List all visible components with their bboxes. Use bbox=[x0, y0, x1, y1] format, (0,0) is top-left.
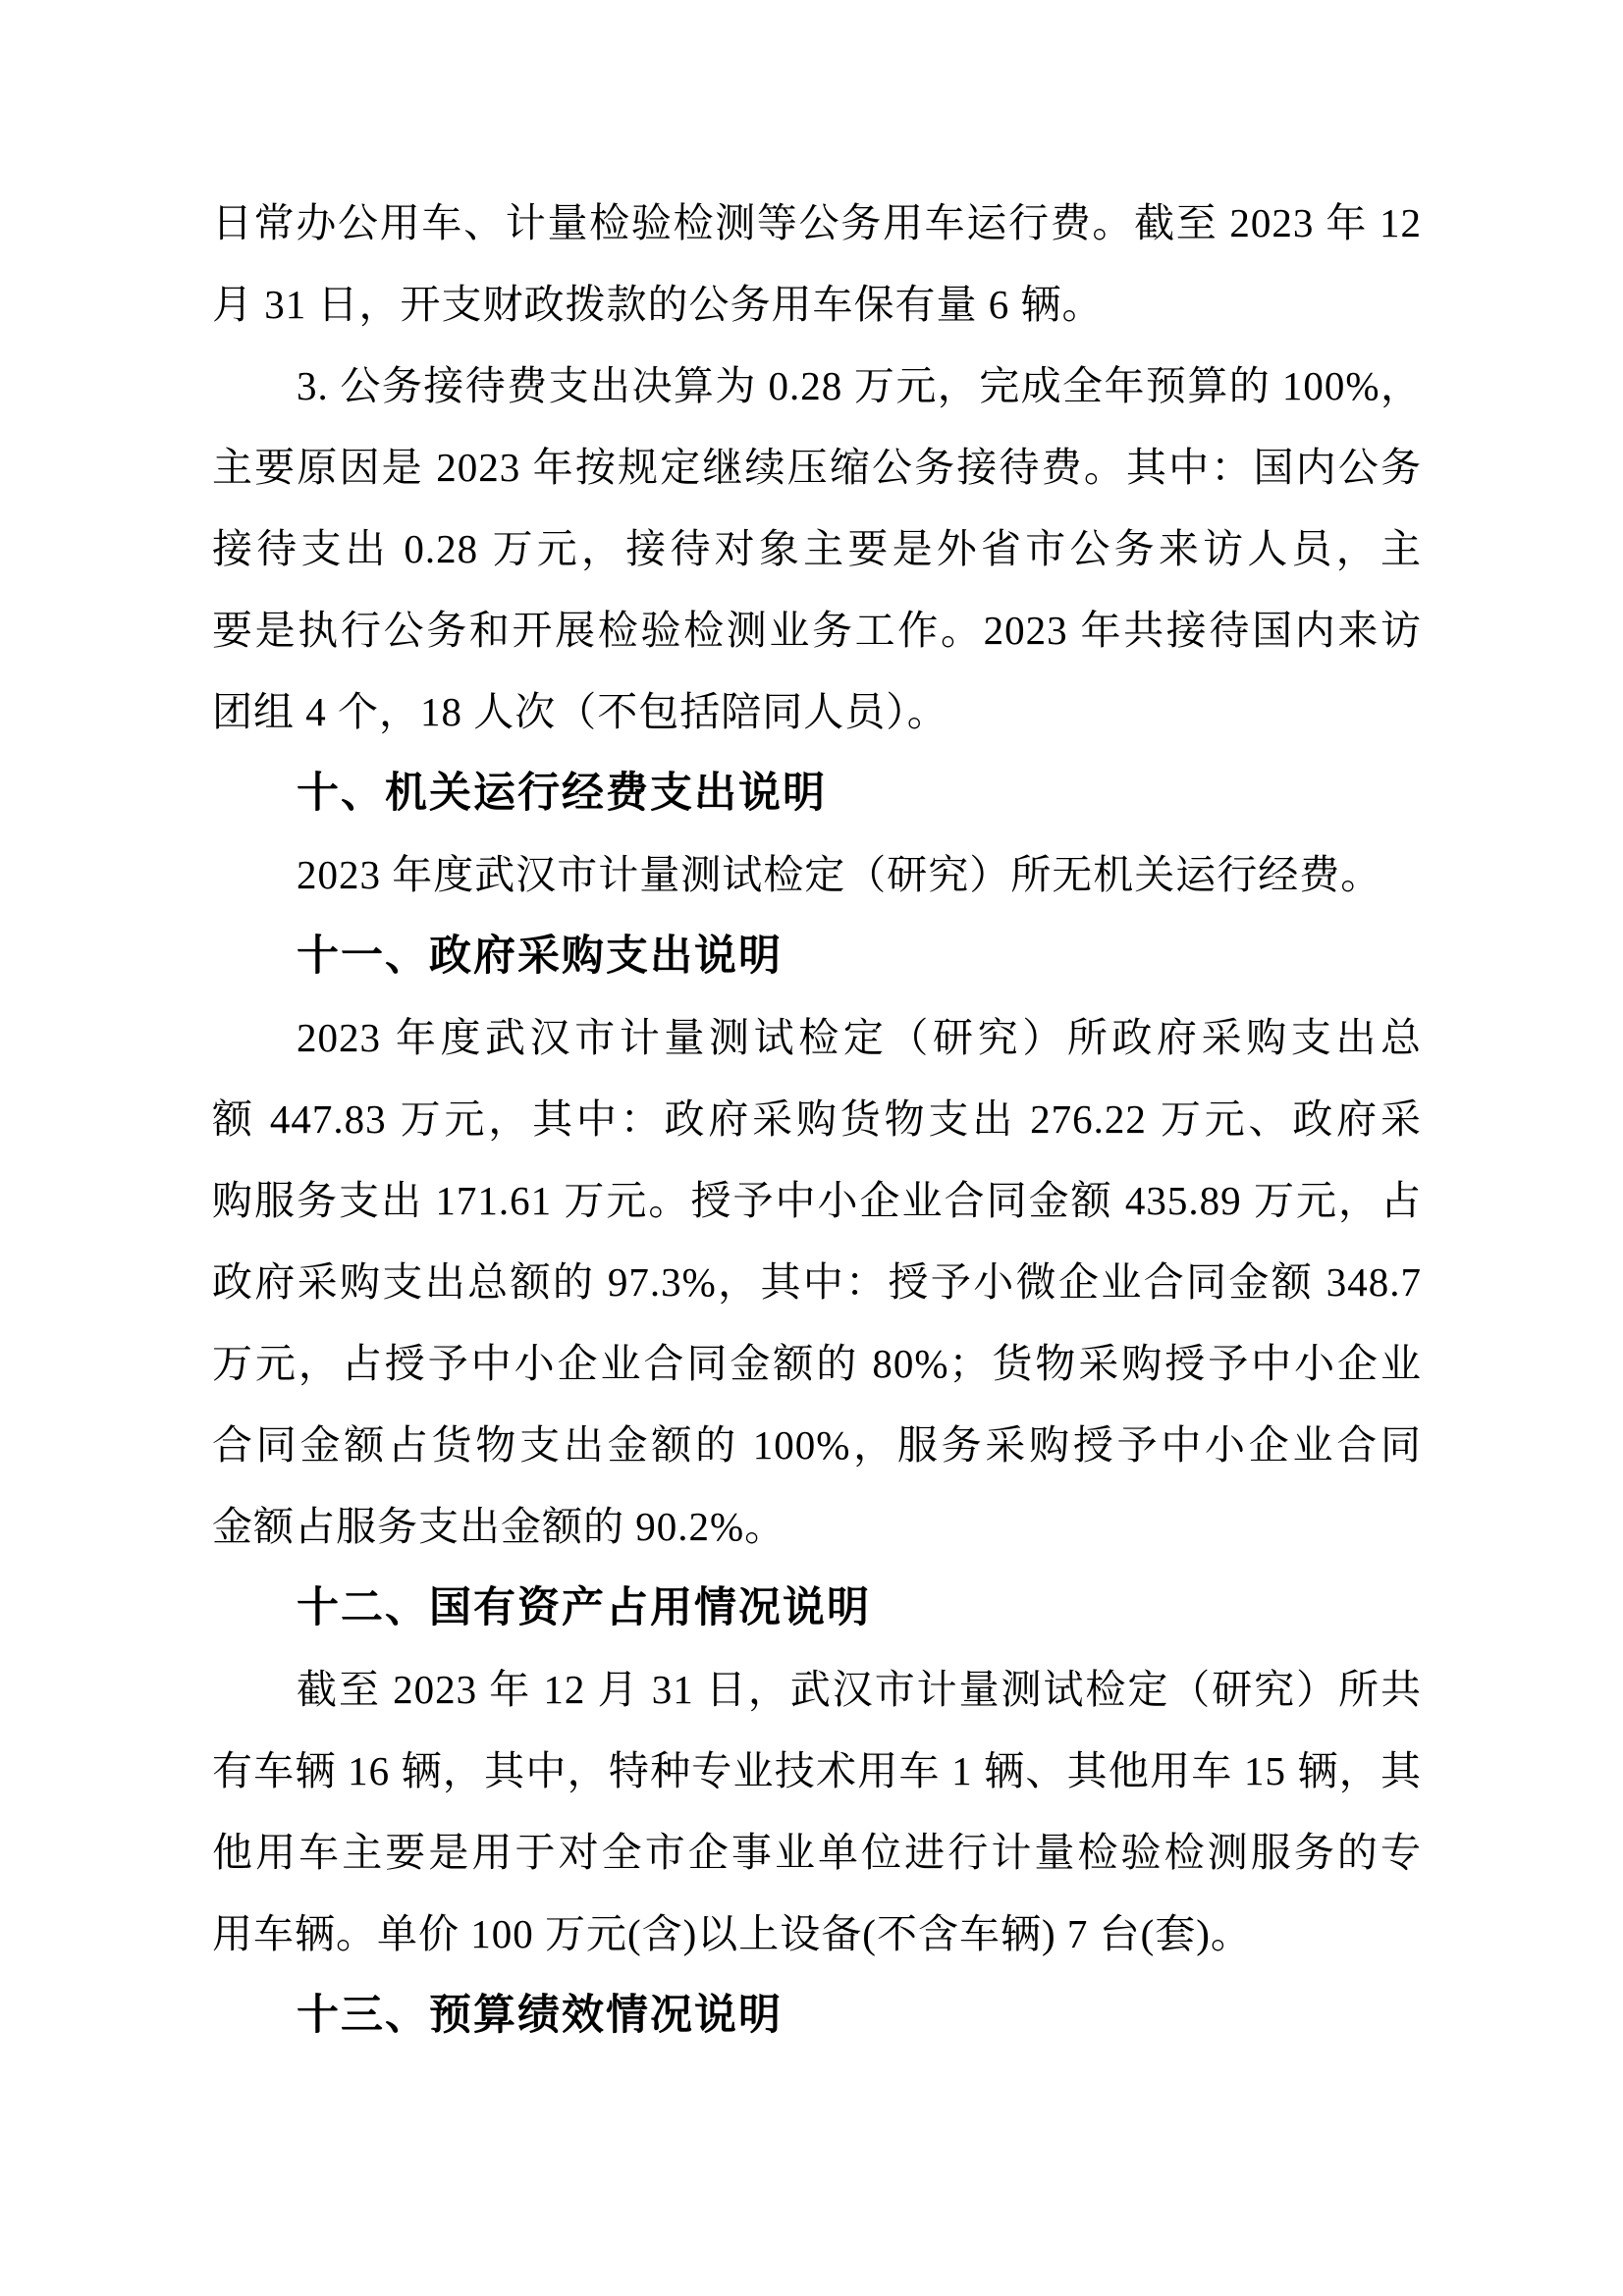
section-heading: 十二、国有资产占用情况说明 bbox=[212, 1568, 1422, 1649]
section-heading: 十一、政府采购支出说明 bbox=[212, 916, 1422, 997]
text-line: 合同金额占货物支出金额的 100%，服务采购授予中小企业合同 bbox=[212, 1405, 1422, 1486]
section-heading: 十三、预算绩效情况说明 bbox=[212, 1975, 1422, 2056]
text-line: 要是执行公务和开展检验检测业务工作。2023 年共接待国内来访 bbox=[212, 590, 1422, 671]
text-line: 他用车主要是用于对全市企事业单位进行计量检验检测服务的专 bbox=[212, 1812, 1422, 1894]
text-line: 3. 公务接待费支出决算为 0.28 万元，完成全年预算的 100%， bbox=[212, 346, 1422, 427]
text-line: 日常办公用车、计量检验检测等公务用车运行费。截至 2023 年 12 bbox=[212, 183, 1422, 264]
text-line: 主要原因是 2023 年按规定继续压缩公务接待费。其中：国内公务 bbox=[212, 427, 1422, 508]
document-body: 日常办公用车、计量检验检测等公务用车运行费。截至 2023 年 12月 31 日… bbox=[212, 183, 1422, 2056]
text-line: 万元，占授予中小企业合同金额的 80%；货物采购授予中小企业 bbox=[212, 1323, 1422, 1405]
text-line: 团组 4 个，18 人次（不包括陪同人员）。 bbox=[212, 671, 1422, 753]
text-line: 政府采购支出总额的 97.3%，其中：授予小微企业合同金额 348.7 bbox=[212, 1242, 1422, 1323]
text-line: 金额占服务支出金额的 90.2%。 bbox=[212, 1486, 1422, 1568]
text-line: 月 31 日，开支财政拨款的公务用车保有量 6 辆。 bbox=[212, 264, 1422, 346]
text-line: 用车辆。单价 100 万元(含)以上设备(不含车辆) 7 台(套)。 bbox=[212, 1894, 1422, 1975]
text-line: 购服务支出 171.61 万元。授予中小企业合同金额 435.89 万元，占 bbox=[212, 1160, 1422, 1242]
document-page: 日常办公用车、计量检验检测等公务用车运行费。截至 2023 年 12月 31 日… bbox=[0, 0, 1623, 2296]
text-line: 接待支出 0.28 万元，接待对象主要是外省市公务来访人员，主 bbox=[212, 508, 1422, 590]
text-line: 有车辆 16 辆，其中，特种专业技术用车 1 辆、其他用车 15 辆，其 bbox=[212, 1731, 1422, 1812]
section-heading: 十、机关运行经费支出说明 bbox=[212, 753, 1422, 834]
text-line: 2023 年度武汉市计量测试检定（研究）所政府采购支出总 bbox=[212, 997, 1422, 1079]
text-line: 截至 2023 年 12 月 31 日，武汉市计量测试检定（研究）所共 bbox=[212, 1649, 1422, 1731]
text-line: 2023 年度武汉市计量测试检定（研究）所无机关运行经费。 bbox=[212, 834, 1422, 916]
text-line: 额 447.83 万元，其中：政府采购货物支出 276.22 万元、政府采 bbox=[212, 1079, 1422, 1160]
